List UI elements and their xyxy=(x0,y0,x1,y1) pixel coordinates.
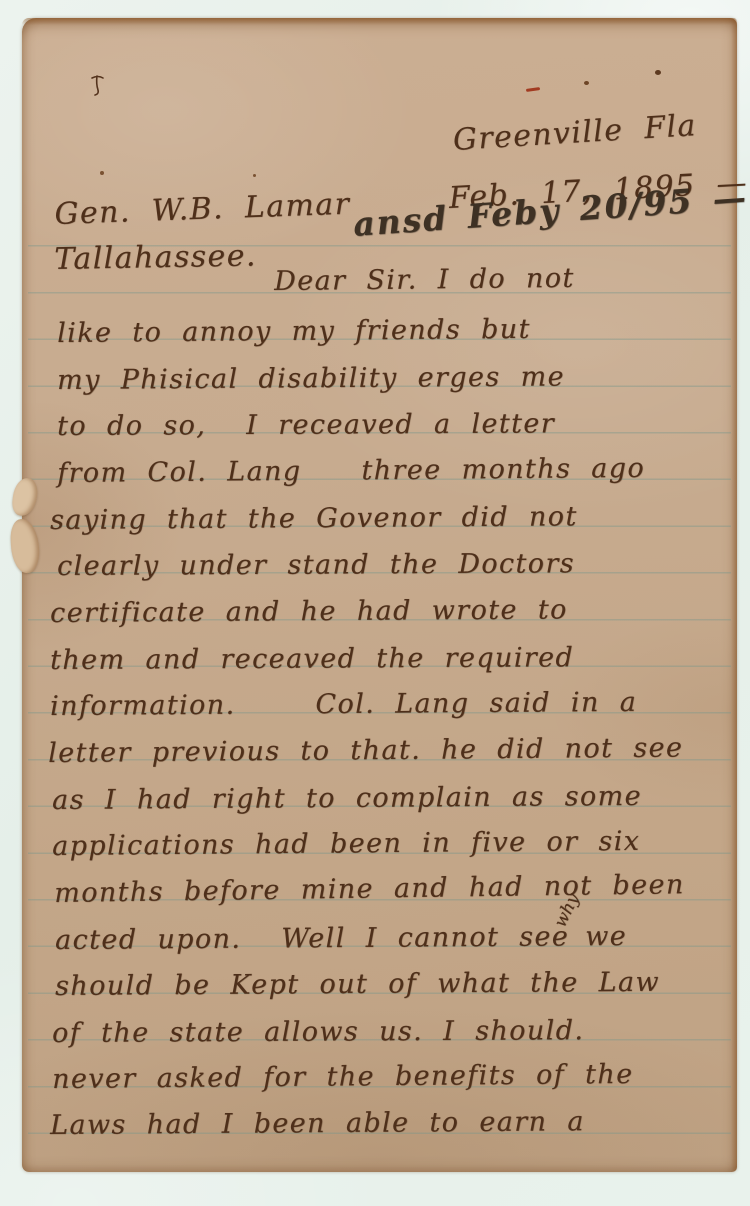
handwriting-line-with-insertion: acted upon. Well I cannot seewhywe xyxy=(55,921,627,956)
ink-speck xyxy=(100,171,104,175)
ink-speck xyxy=(655,70,661,75)
handwriting-line: information. Col. Lang said in a xyxy=(50,687,637,722)
handwriting-line: my Phisical disability erges me xyxy=(57,361,565,396)
handwriting-line: applications had been in five or six xyxy=(52,826,640,862)
handwriting-line: should be Kept out of what the Law xyxy=(55,967,660,1002)
ink-squiggle-mark xyxy=(90,74,106,102)
handwriting-line: letter previous to that. he did not see xyxy=(48,732,683,769)
salutation-line: Dear Sir. I do not xyxy=(274,263,575,297)
handwriting-line: saying that the Govenor did not xyxy=(50,501,578,536)
handwriting-line: of the state allows us. I should. xyxy=(52,1015,584,1049)
handwriting-line: them and receaved the required xyxy=(50,642,574,676)
scanned-letter-page: Greenville Fla Feb. 17, 1895 — ansd Feby… xyxy=(0,0,750,1206)
handwriting-line: certificate and he had wrote to xyxy=(50,594,568,629)
handwriting-line: clearly under stand the Doctors xyxy=(57,548,575,582)
line-text-after: we xyxy=(585,921,627,952)
handwriting-line: like to annoy my friends but xyxy=(57,314,531,349)
ink-speck xyxy=(253,174,256,177)
handwriting-line: Laws had I been able to earn a xyxy=(50,1106,585,1141)
ink-speck xyxy=(584,81,589,85)
line-text-before: acted upon. Well I cannot see xyxy=(55,921,569,956)
handwriting-line: as I had right to complain as some xyxy=(52,781,642,816)
handwriting-line: to do so, I receaved a letter xyxy=(57,408,555,442)
handwriting-line: from Col. Lang three months ago xyxy=(57,453,645,489)
recipient-city-line: Tallahassee. xyxy=(54,239,257,277)
handwriting-line: never asked for the benefits of the xyxy=(52,1059,634,1095)
